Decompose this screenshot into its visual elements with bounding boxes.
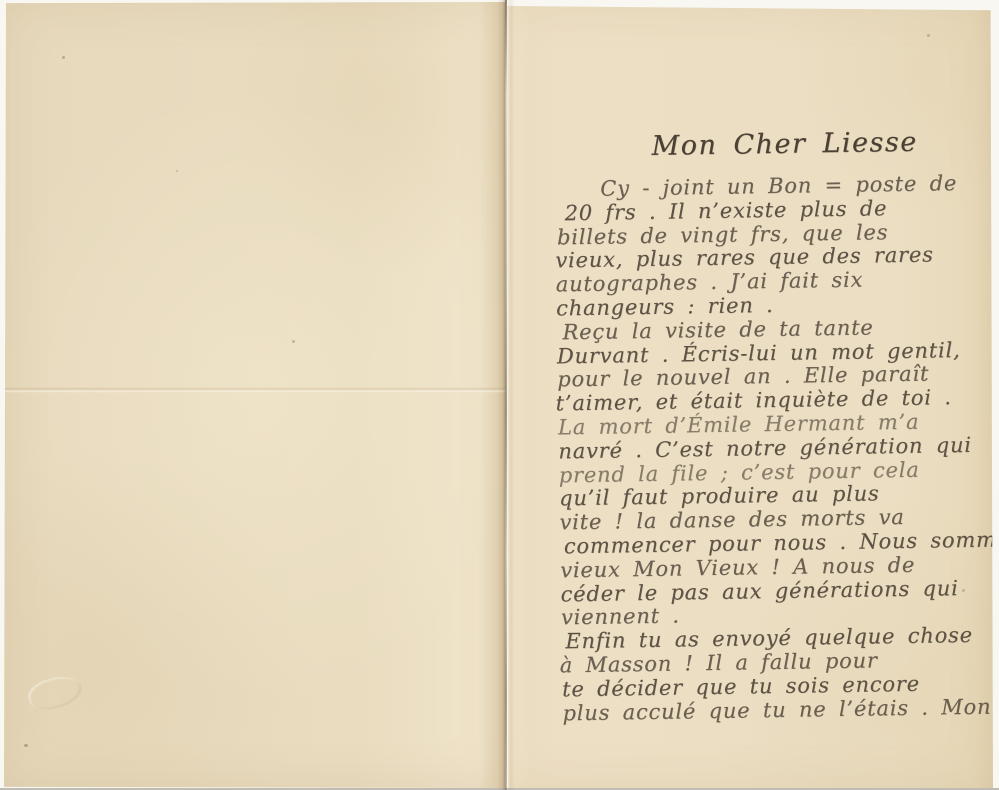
center-fold-line bbox=[505, 0, 507, 790]
embossed-stamp bbox=[25, 671, 85, 715]
paper-speck bbox=[24, 744, 28, 747]
letter-body: Mon Cher Liesse Cy - joint un Bon = post… bbox=[547, 124, 993, 726]
letter-page-right: Mon Cher Liesse Cy - joint un Bon = post… bbox=[507, 4, 993, 788]
paper-speck bbox=[927, 34, 930, 37]
letter-line: plus acculé que tu ne l’étais . Mon bbox=[562, 695, 993, 726]
letter-scan: Mon Cher Liesse Cy - joint un Bon = post… bbox=[0, 0, 999, 790]
paper-speck bbox=[292, 340, 295, 343]
paper-speck bbox=[176, 170, 178, 172]
letter-salutation: Mon Cher Liesse bbox=[651, 124, 990, 165]
fold-crease-horizontal bbox=[4, 388, 505, 392]
letter-page-left bbox=[4, 2, 505, 788]
paper-speck bbox=[62, 56, 65, 59]
